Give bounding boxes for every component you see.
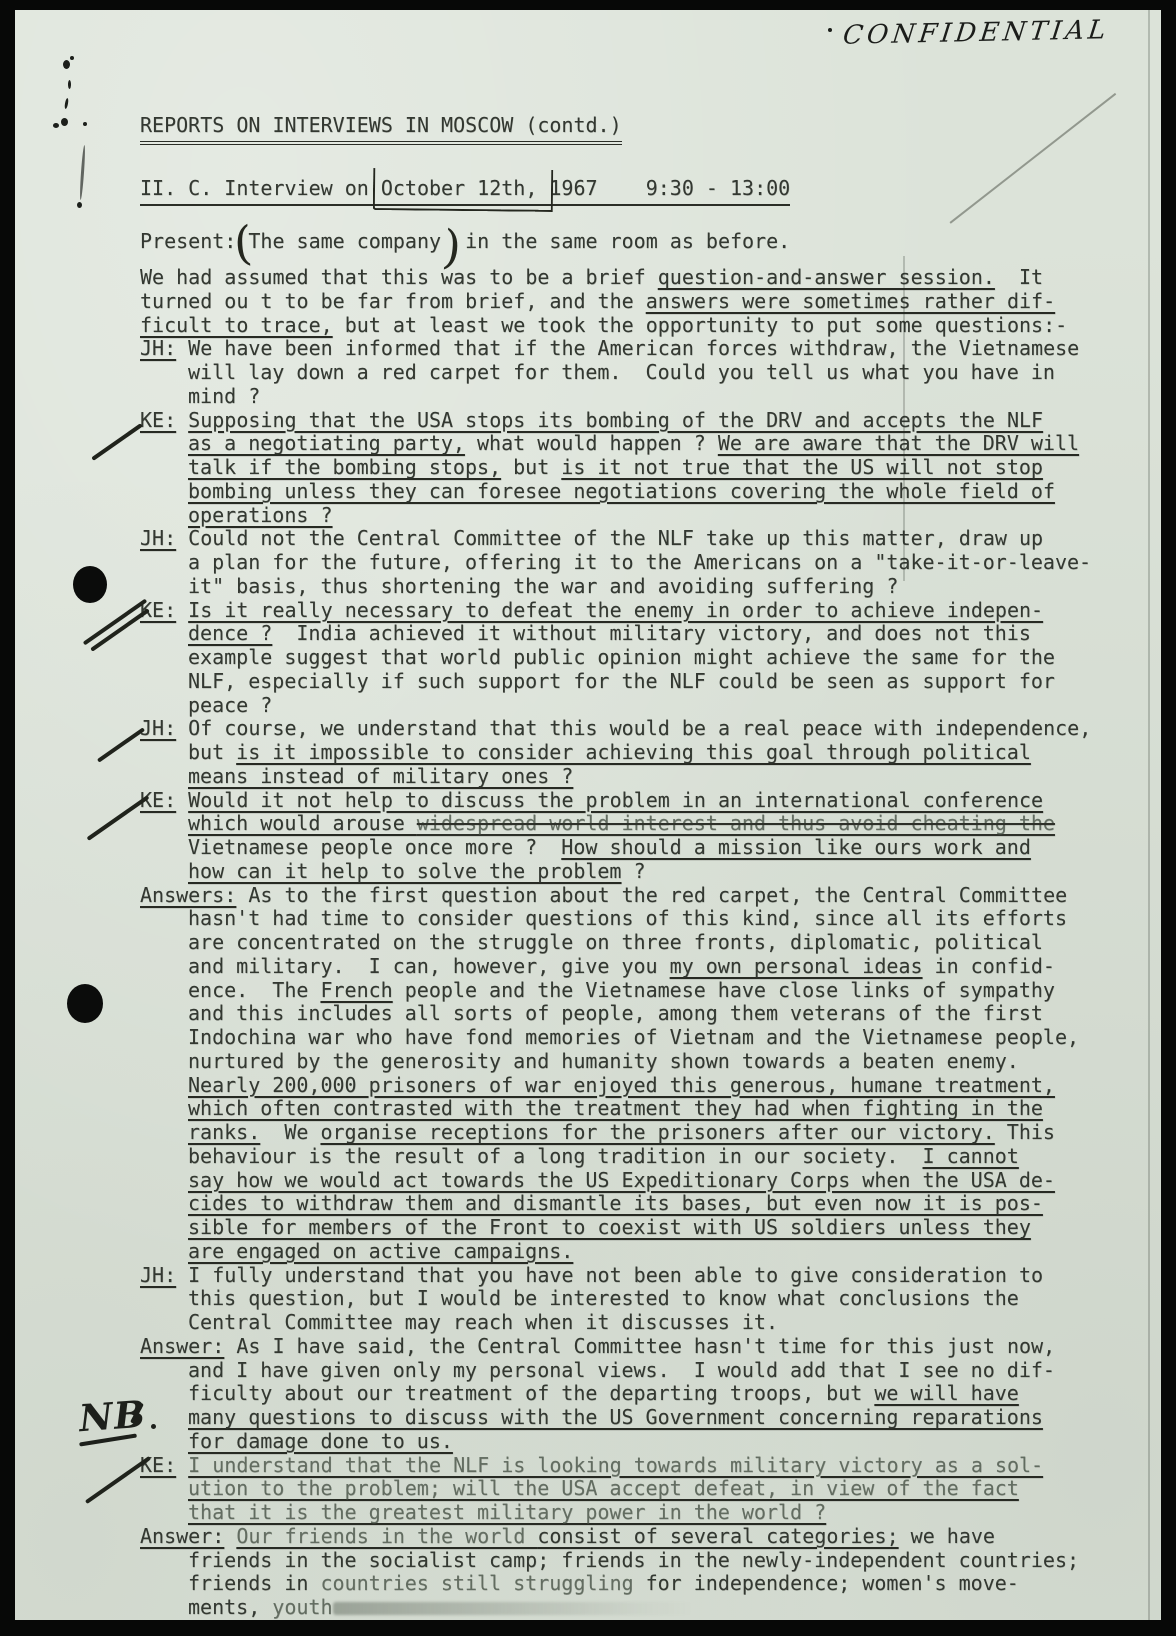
confidential-stamp: CONFIDENTIAL: [841, 15, 1111, 51]
typed-segment: Answer:: [140, 1334, 224, 1358]
typed-line: bombing unless they can foresee negotiat…: [188, 480, 1105, 504]
typed-line: Indochina war who have fond memories of …: [188, 1026, 1105, 1050]
typed-segment: NLF, especially if such support for the …: [188, 669, 1055, 693]
typed-segment: [176, 408, 188, 432]
typed-segment: ution to the problem; will the USA accep…: [188, 1476, 1019, 1500]
ink-speck: [828, 28, 832, 32]
typed-segment: Supposing that the USA stops its bombing…: [188, 408, 1043, 432]
typed-line: operations ?: [188, 504, 1105, 528]
ink-speck: [64, 98, 69, 109]
typed-line: Central Committee may reach when it disc…: [188, 1311, 1105, 1335]
typed-line: ments, youth: [188, 1596, 1105, 1620]
typed-line: it" basis, thus shortening the war and a…: [188, 575, 1105, 599]
ink-speck: [53, 123, 59, 128]
typed-segment: ments,: [188, 1595, 272, 1619]
typed-line: example suggest that world public opinio…: [188, 646, 1105, 670]
typed-segment: a plan for the future, offering it to th…: [188, 550, 1091, 574]
typed-segment: Central Committee may reach when it disc…: [188, 1310, 778, 1334]
typed-segment: Of course, we understand that this would…: [176, 716, 1091, 740]
typed-segment: As to the first question about the red c…: [236, 883, 1067, 907]
typed-segment: Could not the Central Committee of the N…: [176, 526, 1043, 550]
typed-line: Answers: As to the first question about …: [140, 884, 1105, 908]
typed-segment: [176, 1453, 188, 1477]
typed-segment: how can it help to solve the problem: [188, 859, 621, 883]
typed-segment: ficult to trace,: [140, 313, 333, 337]
typed-line: cides to withdraw them and dismantle its…: [188, 1192, 1105, 1216]
typed-segment: widespread world interest and thus avoid…: [417, 811, 1055, 835]
typed-line: ficult to trace, but at least we took th…: [140, 314, 1105, 338]
typed-line: nurtured by the generosity and humanity …: [188, 1050, 1105, 1074]
ink-speck: [63, 60, 70, 69]
hand-bracket-left: (: [232, 215, 254, 270]
typed-segment: turned ou t to be far from brief, and th…: [140, 289, 646, 313]
typed-segment: people and the Vietnamese have close lin…: [393, 978, 1055, 1002]
ink-speck: [61, 118, 68, 126]
typed-line: dence ? India achieved it without milita…: [188, 622, 1105, 646]
typed-line: friends in the socialist camp; friends i…: [188, 1549, 1105, 1573]
typed-segment: ence. The: [188, 978, 320, 1002]
hole-punch: [67, 984, 103, 1023]
typed-line: will lay down a red carpet for them. Cou…: [188, 361, 1105, 385]
ink-speck: [68, 80, 71, 89]
typed-segment: Answer:: [140, 1524, 224, 1548]
typed-segment: organise receptions for the prisoners af…: [320, 1120, 994, 1144]
typed-line: ution to the problem; will the USA accep…: [188, 1477, 1105, 1501]
typed-line: sible for members of the Front to coexis…: [188, 1216, 1105, 1240]
typed-segment: and military. I can, however, give you: [188, 954, 670, 978]
typed-segment: peace ?: [188, 693, 272, 717]
typed-segment: ranks.: [188, 1120, 260, 1144]
scanned-page: CONFIDENTIAL REPORTS ON INTERVIEWS IN MO…: [15, 10, 1161, 1620]
typed-line: Vietnamese people once more ? How should…: [188, 836, 1105, 860]
typed-segment: Would it not help to discuss the problem…: [188, 788, 1043, 812]
typed-segment: Indochina war who have fond memories of …: [188, 1025, 1079, 1049]
typed-line: how can it help to solve the problem ?: [188, 860, 1105, 884]
typed-line: say how we would act towards the US Expe…: [188, 1169, 1105, 1193]
typed-segment: say how we would act towards the US Expe…: [188, 1168, 1055, 1192]
typed-line: are engaged on active campaigns.: [188, 1240, 1105, 1264]
typed-line: JH: Could not the Central Committee of t…: [140, 527, 1105, 551]
typed-line: JH: Of course, we understand that this w…: [140, 717, 1105, 741]
typed-line: friends in countries still struggling fo…: [188, 1572, 1105, 1596]
typed-segment: This: [995, 1120, 1055, 1144]
typed-segment: we have: [899, 1524, 995, 1548]
typed-segment: friends in: [188, 1571, 320, 1595]
typed-segment: Answers:: [140, 883, 236, 907]
typed-segment: as a negotiating party,: [188, 431, 465, 455]
ink-speck: [77, 202, 82, 208]
typed-line: behaviour is the result of a long tradit…: [188, 1145, 1105, 1169]
typed-segment: JH:: [140, 1263, 176, 1287]
typed-segment: for damage done to us.: [188, 1429, 453, 1453]
typed-segment: [176, 788, 188, 812]
typed-line: We had assumed that this was to be a bri…: [140, 266, 1105, 290]
typed-segment: Vietnamese people once more ?: [188, 835, 561, 859]
pen-slash-mark: [97, 727, 145, 762]
typed-segment: behaviour is the result of a long tradit…: [188, 1144, 923, 1168]
typed-line: but is it impossible to consider achievi…: [188, 741, 1105, 765]
typed-segment: Nearly 200,000 prisoners of war enjoyed …: [188, 1073, 1055, 1097]
typed-segment: youth: [272, 1595, 332, 1619]
typed-segment: ?: [621, 859, 645, 883]
typed-segment: which would arouse: [188, 811, 417, 835]
typed-line: KE: Supposing that the USA stops its bom…: [140, 409, 1105, 433]
typed-segment: cides to withdraw them and dismantle its…: [188, 1191, 1043, 1215]
typed-line: Answer: As I have said, the Central Comm…: [140, 1335, 1105, 1359]
typed-segment: Our friends in the world: [236, 1524, 537, 1548]
typed-segment: are engaged on active campaigns.: [188, 1239, 573, 1263]
typed-line: Answer: Our friends in the world consist…: [140, 1525, 1105, 1549]
typed-segment: friends in the socialist camp; friends i…: [188, 1548, 1079, 1572]
typed-segment: for independence; women's move-: [634, 1571, 1019, 1595]
typed-segment: nurtured by the generosity and humanity …: [188, 1049, 1019, 1073]
nb-flourish-dot: [151, 1424, 156, 1429]
typed-segment: I cannot: [923, 1144, 1019, 1168]
typed-line: ficulty about our treatment of the depar…: [188, 1382, 1105, 1406]
typed-line: talk if the bombing stops, but is it not…: [188, 456, 1105, 480]
typed-segment: French: [320, 978, 392, 1002]
typed-segment: sible for members of the Front to coexis…: [188, 1215, 1031, 1239]
typed-segment: ficulty about our treatment of the depar…: [188, 1381, 874, 1405]
typed-segment: We: [260, 1120, 320, 1144]
typed-segment: but: [501, 455, 561, 479]
typed-segment: and this includes all sorts of people, a…: [188, 1001, 1043, 1025]
typed-segment: in confid-: [923, 954, 1055, 978]
typed-segment: It: [995, 265, 1043, 289]
typed-segment: it" basis, thus shortening the war and a…: [188, 574, 898, 598]
typed-line: KE: Would it not help to discuss the pro…: [140, 789, 1105, 813]
typed-segment: means instead of military ones ?: [188, 764, 573, 788]
typed-line: and military. I can, however, give you m…: [188, 955, 1105, 979]
typed-line: as a negotiating party, what would happe…: [188, 432, 1105, 456]
page-edge-crease: [1148, 10, 1150, 1620]
typed-segment: my own personal ideas: [670, 954, 923, 978]
typed-line: turned ou t to be far from brief, and th…: [140, 290, 1105, 314]
typed-segment: How should a mission like ours work and: [561, 835, 1031, 859]
typed-segment: India achieved it without military victo…: [272, 621, 1031, 645]
typed-segment: KE:: [140, 1453, 176, 1477]
typed-segment: [176, 598, 188, 622]
typed-segment: and I have given only my personal views.…: [188, 1358, 1055, 1382]
pen-slash-mark: [91, 423, 142, 461]
typed-segment: KE:: [140, 408, 176, 432]
typed-body: We had assumed that this was to be a bri…: [140, 266, 1105, 1620]
typed-line: hasn't had time to consider questions of…: [188, 907, 1105, 931]
ink-speck: [83, 122, 87, 126]
typed-segment: I fully understand that you have not bee…: [176, 1263, 1043, 1287]
typed-segment: what would happen ?: [465, 431, 718, 455]
typed-segment: is it impossible to consider achieving t…: [236, 740, 1031, 764]
typed-segment: but at least we took the opportunity to …: [333, 313, 1068, 337]
typed-segment: talk if the bombing stops,: [188, 455, 501, 479]
typed-segment: Is it really necessary to defeat the ene…: [188, 598, 1043, 622]
faded-text-smudge: [333, 1602, 693, 1615]
typed-segment: JH:: [140, 526, 176, 550]
typed-segment: JH:: [140, 716, 176, 740]
typed-segment: many questions to discuss with the US Go…: [188, 1405, 1043, 1429]
typed-segment: answers were sometimes rather dif-: [646, 289, 1055, 313]
typed-segment: mind ?: [188, 384, 260, 408]
typed-line: means instead of military ones ?: [188, 765, 1105, 789]
typed-line: JH: I fully understand that you have not…: [140, 1264, 1105, 1288]
typed-segment: this question, but I would be interested…: [188, 1286, 1019, 1310]
typed-segment: operations ?: [188, 503, 333, 527]
typed-segment: We had assumed that this was to be a bri…: [140, 265, 658, 289]
typed-segment: We are aware that the DRV will: [718, 431, 1079, 455]
typed-line: mind ?: [188, 385, 1105, 409]
hole-punch: [73, 566, 107, 603]
typed-line: KE: Is it really necessary to defeat the…: [140, 599, 1105, 623]
typed-segment: are concentrated on the struggle on thre…: [188, 930, 1043, 954]
typed-line: ranks. We organise receptions for the pr…: [188, 1121, 1105, 1145]
typed-segment: bombing unless they can foresee negotiat…: [188, 479, 1055, 503]
typed-segment: example suggest that world public opinio…: [188, 645, 1055, 669]
typed-line: JH: We have been informed that if the Am…: [140, 337, 1105, 361]
pencil-line: [950, 93, 1116, 223]
typed-line: which would arouse widespread world inte…: [188, 812, 1105, 836]
typed-segment: but: [188, 740, 236, 764]
typed-line: for damage done to us.: [188, 1430, 1105, 1454]
paper-crease: [903, 256, 905, 581]
typed-segment: will lay down a red carpet for them. Cou…: [188, 360, 1055, 384]
typed-segment: I understand that the NLF is looking tow…: [188, 1453, 1043, 1477]
typed-line: this question, but I would be interested…: [188, 1287, 1105, 1311]
typed-segment: We have been informed that if the Americ…: [176, 336, 1079, 360]
typed-segment: we will have: [874, 1381, 1019, 1405]
typed-segment: hasn't had time to consider questions of…: [188, 906, 1067, 930]
typed-segment: JH:: [140, 336, 176, 360]
typed-line: peace ?: [188, 694, 1105, 718]
typed-line: ence. The French people and the Vietname…: [188, 979, 1105, 1003]
typed-segment: dence ?: [188, 621, 272, 645]
typed-segment: As I have said, the Central Committee ha…: [224, 1334, 1055, 1358]
typed-segment: [224, 1524, 236, 1548]
typed-line: NLF, especially if such support for the …: [188, 670, 1105, 694]
typed-segment: which often contrasted with the treatmen…: [188, 1096, 1043, 1120]
typed-segment: consist of several categories;: [537, 1524, 898, 1548]
typed-segment: is it not true that the US will not stop: [561, 455, 1043, 479]
ink-speck: [70, 56, 74, 60]
page-title: REPORTS ON INTERVIEWS IN MOSCOW (contd.): [140, 113, 622, 145]
ink-scratch: [79, 145, 86, 200]
typed-line: KE: I understand that the NLF is looking…: [140, 1454, 1105, 1478]
pen-slash-mark: [83, 599, 148, 646]
typed-segment: countries still struggling: [320, 1571, 633, 1595]
date-bracket-mark: [373, 168, 553, 212]
typed-line: are concentrated on the struggle on thre…: [188, 931, 1105, 955]
typed-line: which often contrasted with the treatmen…: [188, 1097, 1105, 1121]
typed-line: and this includes all sorts of people, a…: [188, 1002, 1105, 1026]
typed-segment: that it is the greatest military power i…: [188, 1500, 826, 1524]
typed-line: Nearly 200,000 prisoners of war enjoyed …: [188, 1074, 1105, 1098]
typed-line: that it is the greatest military power i…: [188, 1501, 1105, 1525]
typed-line: a plan for the future, offering it to th…: [188, 551, 1105, 575]
typed-line: many questions to discuss with the US Go…: [188, 1406, 1105, 1430]
scanned-document-screenshot: { "colors":{"paper":"#dce3d9","ink":"#33…: [0, 0, 1176, 1636]
typed-line: and I have given only my personal views.…: [188, 1359, 1105, 1383]
typed-segment: question-and-answer session.: [658, 265, 995, 289]
